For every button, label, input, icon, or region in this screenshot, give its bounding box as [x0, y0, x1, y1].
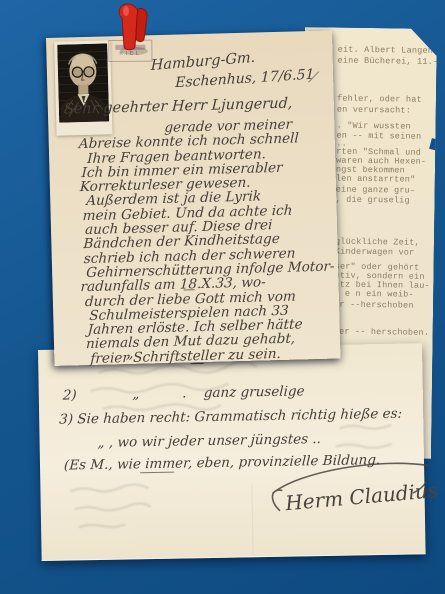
- typed-line: en verursacht:: [337, 105, 411, 116]
- typed-line: Kinderwagen vor: [335, 247, 415, 258]
- letter-photograph: eit. Albert Langen/ eine Bücherei, 11.- …: [0, 0, 445, 594]
- ditto-mark: „: [126, 346, 134, 362]
- typed-line: en -- mit seinen: [336, 131, 421, 142]
- handwritten-page-1: KIEL Hamburg-Gm. Eschenhus, 17/6.51 Sehr…: [46, 31, 340, 366]
- typed-line: len anstarrten": [336, 174, 416, 185]
- paper-notch: [429, 138, 440, 151]
- typed-line: eine Bücherei, 11.-: [337, 56, 438, 67]
- typed-line: ter -- herschoben.: [334, 327, 430, 338]
- typed-line: fehler, oder hat: [337, 94, 422, 105]
- typed-line: h e n ein weib-: [334, 289, 414, 300]
- letter-body: gerade vor meiner Abreise konnte ich noc…: [76, 117, 334, 367]
- typed-line: , die gruselig: [336, 195, 410, 206]
- red-paper-clip: [112, 1, 156, 57]
- typed-line: eit. Albert Langen/: [338, 45, 439, 56]
- typed-line: er --herschoben: [334, 300, 414, 311]
- handwritten-page-2: — 2) „ . ganz gruselige 3) Sie haben rec…: [38, 343, 426, 561]
- author-portrait: [54, 40, 112, 135]
- signature-text: Herm Claudius: [283, 478, 439, 515]
